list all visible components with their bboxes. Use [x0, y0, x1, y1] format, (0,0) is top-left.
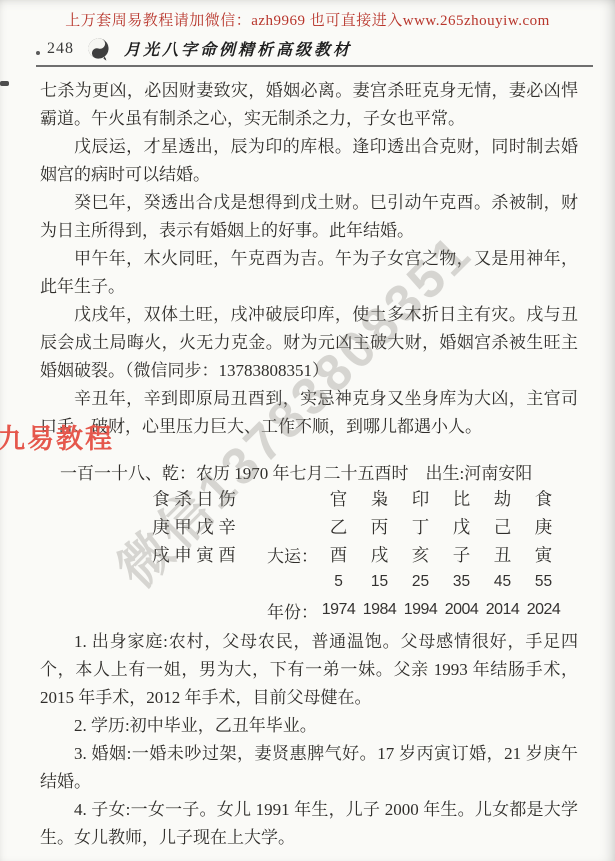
dayun-branch: 戌 — [359, 542, 400, 567]
dayun-god: 印 — [400, 486, 441, 511]
body-paragraph: 辛丑年，辛到即原局丑酉到，实忌神克身又坐身库为大凶，主官司口舌、破财，心里压力巨… — [40, 385, 578, 441]
note-paragraph: 1. 出身家庭:农村，父母农民，普通温饱。父母感情很好，手足四个，本人上有一姐，… — [40, 628, 578, 712]
body-paragraph: 甲午年，木火同旺，午克酉为吉。午为子女宫之物，又是用神年，此年生子。 — [40, 245, 578, 301]
chart-row-stems: 庚 甲 戊 辛 乙 丙 丁 戊 己 庚 — [40, 512, 578, 540]
dayun-label: 大运： — [238, 542, 318, 567]
dayun-start-age: 25 — [400, 573, 441, 591]
natal-stem: 辛 — [216, 514, 238, 539]
dayun-branch: 亥 — [400, 542, 441, 567]
scan-edge-mark — [0, 81, 9, 86]
promo-banner-text: 上万套周易教程请加微信：azh9969 也可直接进入www.265zhouyiw… — [0, 0, 615, 30]
natal-branch: 酉 — [216, 542, 238, 567]
scanned-book-page: 上万套周易教程请加微信：azh9969 也可直接进入www.265zhouyiw… — [0, 0, 615, 861]
dayun-start-year: 2024 — [523, 601, 564, 619]
dayun-god: 枭 — [359, 486, 400, 511]
dayun-start-year: 2004 — [441, 601, 482, 619]
natal-branch: 寅 — [194, 542, 216, 567]
body-paragraph: 七杀为更凶，必因财妻致灾，婚姻必离。妻宫杀旺克身无情，妻必凶悍霸道。午火虽有制杀… — [40, 77, 578, 133]
dayun-stem: 丁 — [400, 514, 441, 539]
natal-god: 日 — [194, 486, 216, 511]
case-notes: 1. 出身家庭:农村，父母农民，普通温饱。父母感情很好，手足四个，本人上有一姐，… — [40, 628, 578, 852]
dayun-start-year: 1994 — [400, 601, 441, 619]
case-title: 一百一十八、乾：农历 1970 年七月二十五酉时 出生:河南安阳 — [60, 459, 578, 484]
natal-branch: 戌 — [150, 542, 172, 567]
natal-stem: 戊 — [194, 514, 216, 539]
dayun-stem: 庚 — [523, 514, 564, 539]
yinyang-taichi-icon — [84, 34, 113, 63]
page-header: 248 月光八字命例精析高级教材 — [36, 37, 593, 67]
natal-branch: 申 — [172, 542, 194, 567]
dayun-branch: 寅 — [523, 542, 564, 567]
dayun-god: 比 — [441, 486, 482, 511]
bazi-chart: 食 杀 日 伤 官 枭 印 比 劫 食 庚 甲 戊 辛 乙 丙 — [40, 484, 578, 624]
dayun-start-age: 15 — [359, 573, 400, 591]
dayun-stem: 己 — [482, 514, 523, 539]
note-paragraph: 2. 学历:初中毕业，乙丑年毕业。 — [40, 712, 578, 740]
dayun-stem: 戊 — [441, 514, 482, 539]
dayun-start-year: 1984 — [359, 601, 400, 619]
natal-stem: 庚 — [150, 514, 172, 539]
chart-row-branches: 戌 申 寅 酉 大运： 酉 戌 亥 子 丑 寅 — [40, 540, 578, 568]
dayun-branch: 酉 — [318, 542, 359, 567]
chart-row-start-ages: 5 15 25 35 45 55 — [40, 568, 578, 596]
dayun-start-age: 35 — [441, 573, 482, 591]
red-stamp-watermark: 九易教程 — [0, 417, 114, 456]
body-paragraph: 戊戌年，双体土旺，戌冲破辰印库，使土多木折日主有灾。戌与丑辰会成土局晦火，火无力… — [40, 301, 578, 385]
body-paragraph: 癸巳年，癸透出合戊是想得到戊土财。巳引动午克酉。杀被制，财为日主所得到，表示有婚… — [40, 189, 578, 245]
dayun-start-age: 5 — [318, 573, 359, 591]
note-paragraph: 3. 婚姻:一婚未吵过架，妻贤惠脾气好。17 岁丙寅订婚，21 岁庚午结婚。 — [40, 740, 578, 796]
page-body: 七杀为更凶，必因财妻致灾，婚姻必离。妻宫杀旺克身无情，妻必凶悍霸道。午火虽有制杀… — [40, 77, 578, 852]
natal-god: 伤 — [216, 486, 238, 511]
natal-stem: 甲 — [172, 514, 194, 539]
page-number: 248 — [47, 40, 74, 58]
dayun-branch: 丑 — [482, 542, 523, 567]
body-paragraph: 戊辰运，才星透出，辰为印的库根。逢印透出合克财，同时制去婚姻宫的病时可以结婚。 — [40, 133, 578, 189]
natal-god: 食 — [150, 486, 172, 511]
chart-row-ten-gods: 食 杀 日 伤 官 枭 印 比 劫 食 — [40, 484, 578, 512]
ink-speck — [36, 51, 40, 55]
dayun-stem: 丙 — [359, 514, 400, 539]
dayun-god: 官 — [318, 486, 359, 511]
note-paragraph: 4. 子女:一女一子。女儿 1991 年生，儿子 2000 年生。儿女都是大学生… — [40, 796, 578, 852]
book-title: 月光八字命例精析高级教材 — [124, 37, 352, 60]
dayun-start-age: 55 — [523, 573, 564, 591]
dayun-stem: 乙 — [318, 514, 359, 539]
dayun-start-year: 2014 — [482, 601, 523, 619]
dayun-god: 劫 — [482, 486, 523, 511]
years-label: 年份： — [238, 598, 318, 623]
dayun-start-age: 45 — [482, 573, 523, 591]
dayun-branch: 子 — [441, 542, 482, 567]
dayun-god: 食 — [523, 486, 564, 511]
dayun-start-year: 1974 — [318, 601, 359, 619]
chart-row-start-years: 年份： 1974 1984 1994 2004 2014 2024 — [40, 596, 578, 624]
natal-god: 杀 — [172, 486, 194, 511]
